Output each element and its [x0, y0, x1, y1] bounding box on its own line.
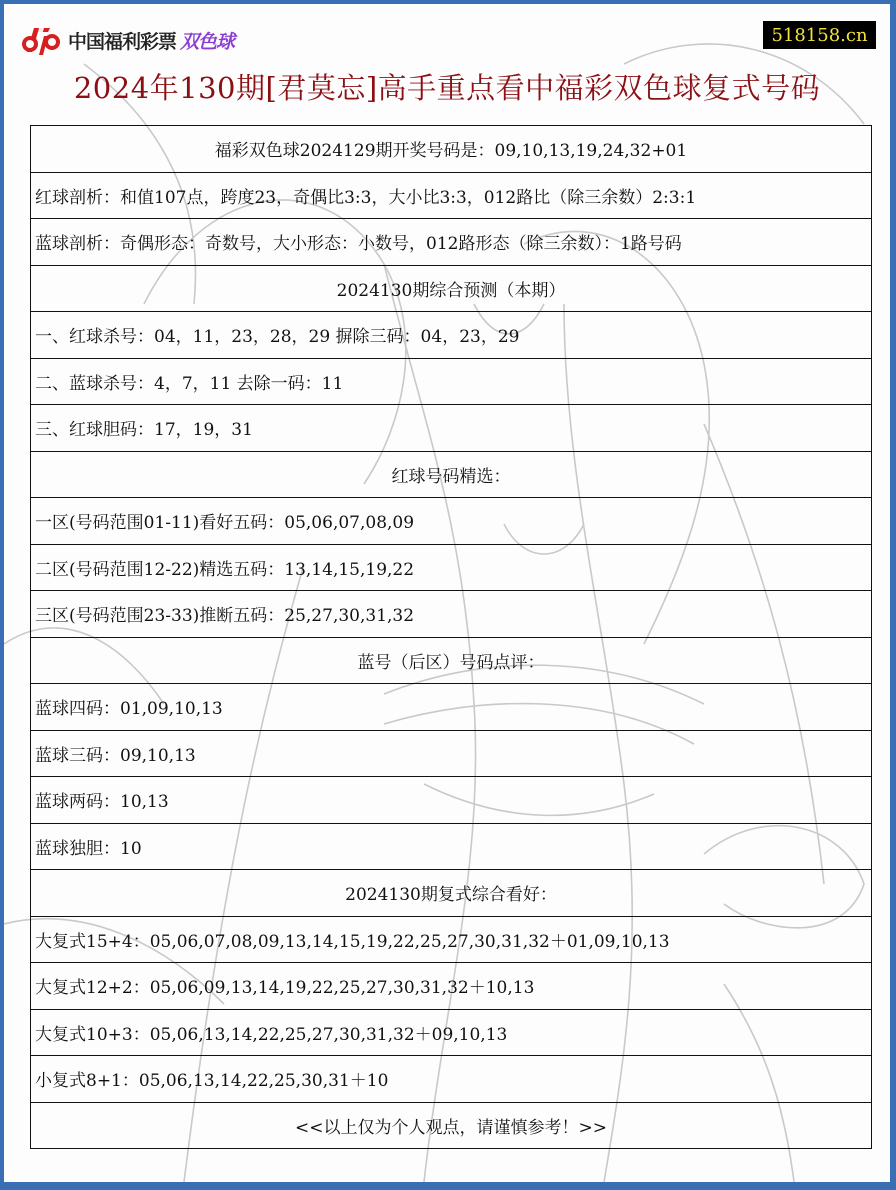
table-row-multiple-15-4: 大复式15+4：05,06,07,08,09,13,14,15,19,22,25…: [31, 917, 871, 964]
table-row-blue-analysis: 蓝球剖析：奇偶形态：奇数号，大小形态：小数号，012路形态（除三余数）：1路号码: [31, 219, 871, 266]
logo-text: 中国福利彩票: [68, 27, 176, 54]
table-row-blue-kill: 二、蓝球杀号：4，7，11 去除一码：11: [31, 359, 871, 406]
table-row-blue-four: 蓝球四码：01,09,10,13: [31, 684, 871, 731]
prediction-table: 福彩双色球2024129期开奖号码是：09,10,13,19,24,32+01 …: [30, 125, 872, 1149]
logo-subtext: 双色球: [180, 27, 234, 54]
table-row-zone-2: 二区(号码范围12-22)精选五码：13,14,15,19,22: [31, 545, 871, 592]
table-row-blue-two: 蓝球两码：10,13: [31, 777, 871, 824]
page-title: 2024年130期[君莫忘]高手重点看中福彩双色球复式号码: [4, 68, 890, 108]
table-row-red-analysis: 红球剖析：和值107点，跨度23，奇偶比3:3，大小比3:3，012路比（除三余…: [31, 173, 871, 220]
table-row-zone-3: 三区(号码范围23-33)推断五码：25,27,30,31,32: [31, 591, 871, 638]
welfare-lottery-logo: 中国福利彩票 双色球: [20, 24, 234, 56]
section-heading-blue-review: 蓝号（后区）号码点评：: [31, 638, 871, 685]
page-frame: 中国福利彩票 双色球 518158.cn 2024年130期[君莫忘]高手重点看…: [4, 4, 890, 1182]
section-heading-red-picks: 红球号码精选：: [31, 452, 871, 499]
table-row-red-kill: 一、红球杀号：04，11，23，28，29 摒除三码：04，23，29: [31, 312, 871, 359]
section-heading-multiples: 2024130期复式综合看好：: [31, 870, 871, 917]
table-row-multiple-12-2: 大复式12+2：05,06,09,13,14,19,22,25,27,30,31…: [31, 963, 871, 1010]
table-row-blue-three: 蓝球三码：09,10,13: [31, 731, 871, 778]
site-domain-badge: 518158.cn: [763, 21, 876, 49]
disclaimer: <<以上仅为个人观点，请谨慎参考！>>: [31, 1103, 871, 1150]
table-row-last-draw: 福彩双色球2024129期开奖号码是：09,10,13,19,24,32+01: [31, 126, 871, 173]
table-row-multiple-10-3: 大复式10+3：05,06,13,14,22,25,27,30,31,32＋09…: [31, 1010, 871, 1057]
table-row-red-bankers: 三、红球胆码：17，19，31: [31, 405, 871, 452]
section-heading-forecast: 2024130期综合预测（本期）: [31, 266, 871, 313]
table-row-multiple-8-1: 小复式8+1：05,06,13,14,22,25,30,31＋10: [31, 1056, 871, 1103]
table-row-zone-1: 一区(号码范围01-11)看好五码：05,06,07,08,09: [31, 498, 871, 545]
cwl-logo-icon: [20, 24, 64, 56]
table-row-blue-single: 蓝球独胆：10: [31, 824, 871, 871]
